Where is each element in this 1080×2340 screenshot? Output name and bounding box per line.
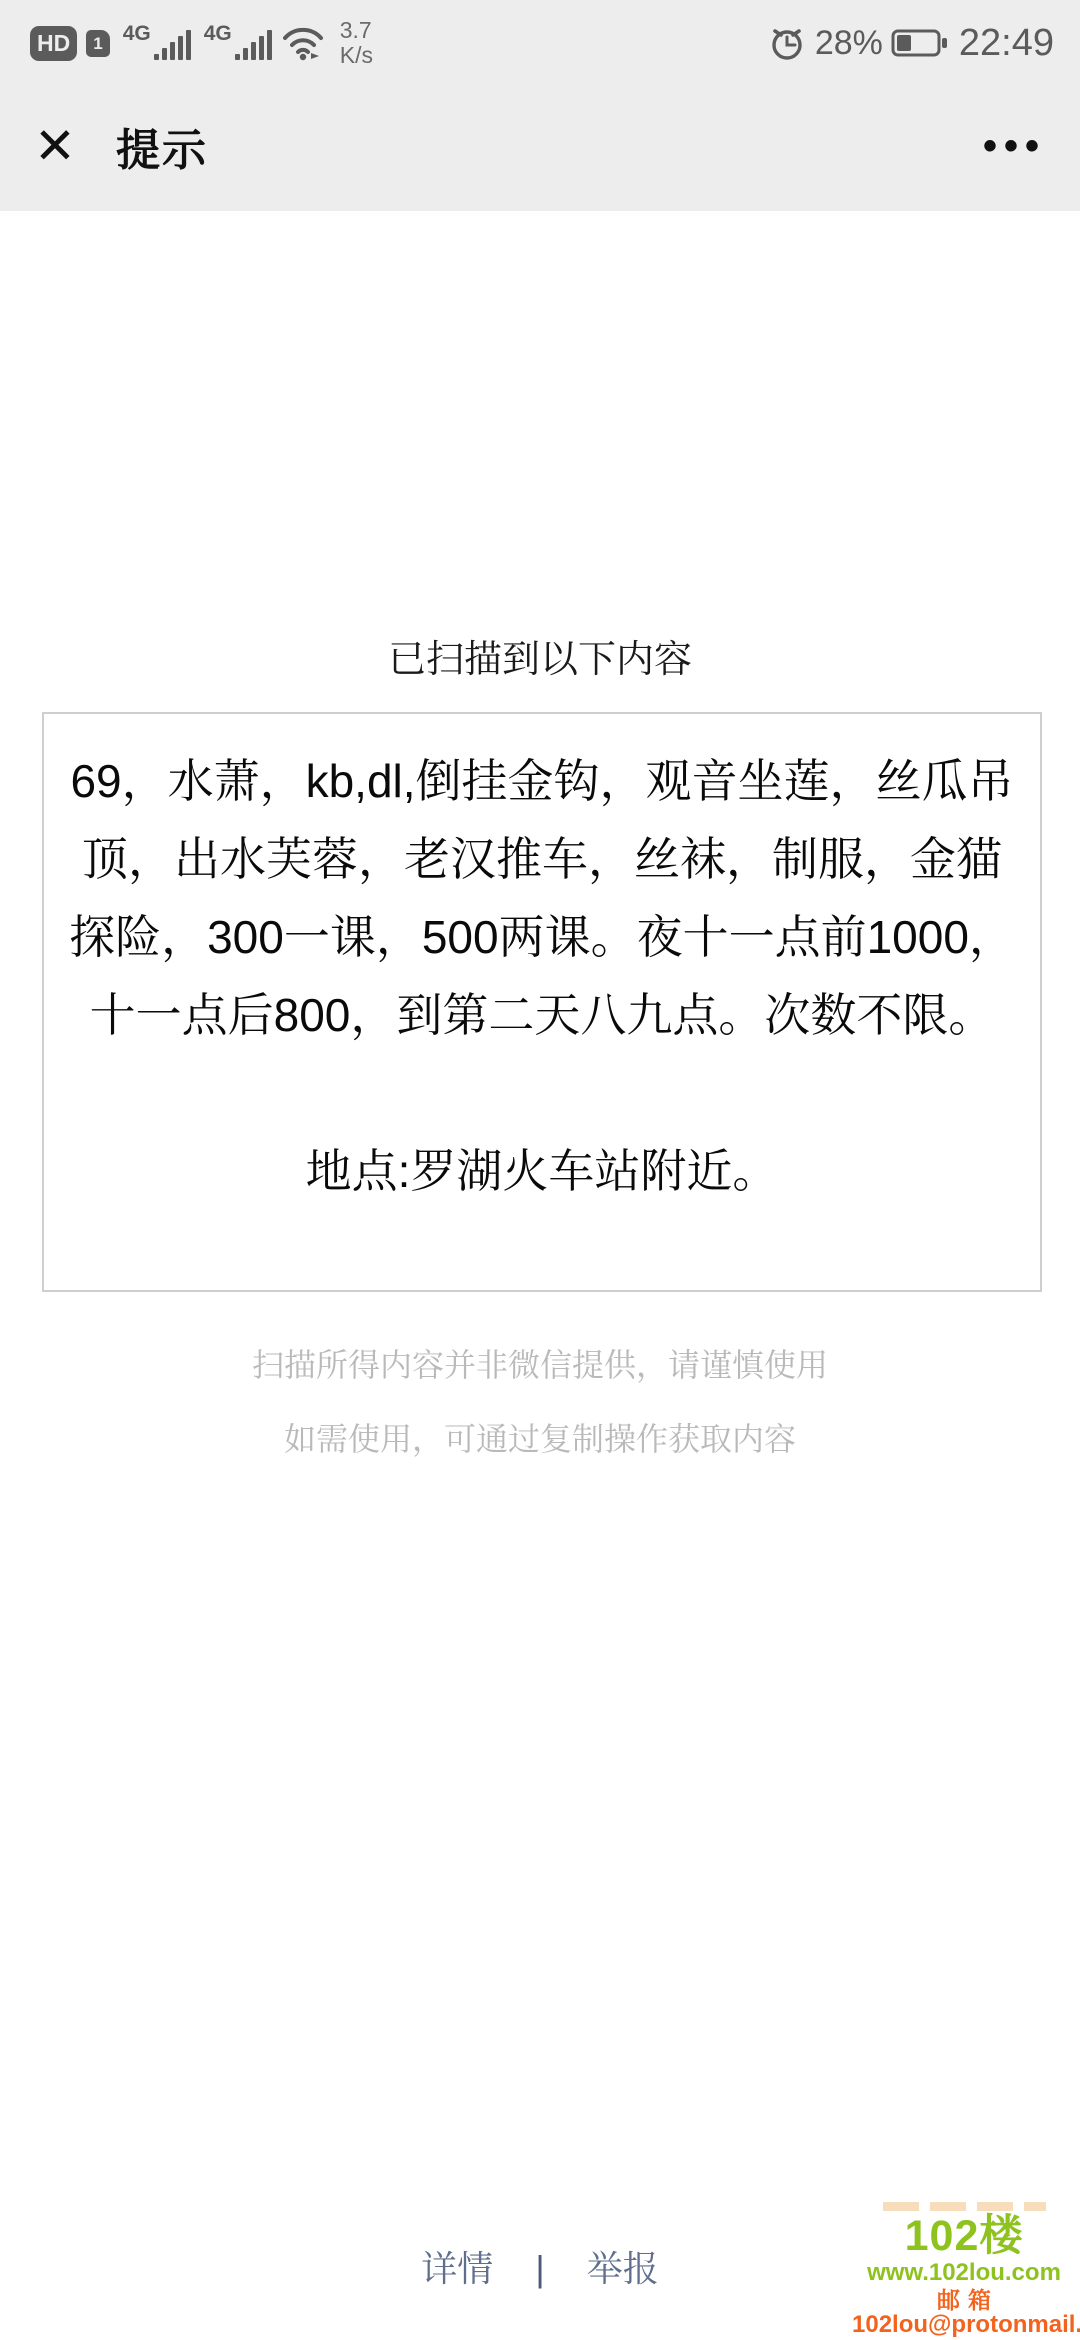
nav-bar: ✕ 提示 •••: [0, 80, 1080, 211]
battery-icon: [891, 27, 949, 59]
status-bar-right: 28% 22:49: [767, 22, 1054, 65]
alarm-icon: [767, 23, 807, 63]
watermark-email-label: 邮箱: [852, 2289, 1076, 2313]
network-type-label: 4G: [123, 22, 151, 46]
signal-group-sim1: 4G: [123, 24, 191, 62]
footer-separator: |: [535, 2248, 544, 2289]
scanned-text: 69，水萧，kb,dl,倒挂金钩，观音坐莲，丝瓜吊顶，出水芙蓉，老汉推车，丝袜，…: [68, 742, 1016, 1054]
close-icon[interactable]: ✕: [34, 121, 90, 171]
watermark-dashes: [852, 2202, 1076, 2211]
speed-unit: K/s: [340, 42, 373, 68]
status-bar: HD 1 4G 4G: [0, 0, 1080, 80]
watermark-email-address: 102lou@protonmail.com: [852, 2313, 1076, 2338]
scanned-location: 地点:罗湖火车站附近。: [68, 1132, 1016, 1210]
signal-bars-icon: [234, 24, 272, 62]
detail-link[interactable]: 详情: [421, 2248, 493, 2289]
disclaimer-line-1: 扫描所得内容并非微信提供，请谨慎使用: [0, 1340, 1080, 1386]
network-type-label: 4G: [204, 22, 232, 46]
report-link[interactable]: 举报: [587, 2248, 659, 2289]
page-title: 提示: [116, 114, 208, 178]
signal-bars-icon: [153, 24, 191, 62]
watermark-site-name: 102楼: [852, 2214, 1076, 2259]
watermark-site-url: www.102lou.com: [852, 2261, 1076, 2286]
speed-value: 3.7: [340, 17, 372, 43]
scanned-content-box: 69，水萧，kb,dl,倒挂金钩，观音坐莲，丝瓜吊顶，出水芙蓉，老汉推车，丝袜，…: [42, 712, 1042, 1292]
disclaimer-line-2: 如需使用，可通过复制操作获取内容: [0, 1414, 1080, 1460]
phone-screen: HD 1 4G 4G: [0, 0, 1080, 2340]
battery-percent-label: 28%: [815, 24, 883, 63]
more-menu-icon[interactable]: •••: [983, 136, 1046, 156]
scan-result-label: 已扫描到以下内容: [0, 628, 1080, 683]
wifi-icon: [281, 24, 327, 62]
network-speed: 3.7 K/s: [340, 18, 373, 68]
hd-voice-icon: HD: [30, 26, 77, 61]
status-bar-left: HD 1 4G 4G: [30, 18, 373, 68]
sim1-icon: 1: [86, 30, 109, 57]
signal-group-sim2: 4G: [204, 24, 272, 62]
watermark: 102楼 www.102lou.com 邮箱 102lou@protonmail…: [852, 2202, 1076, 2338]
clock-label: 22:49: [959, 22, 1054, 65]
